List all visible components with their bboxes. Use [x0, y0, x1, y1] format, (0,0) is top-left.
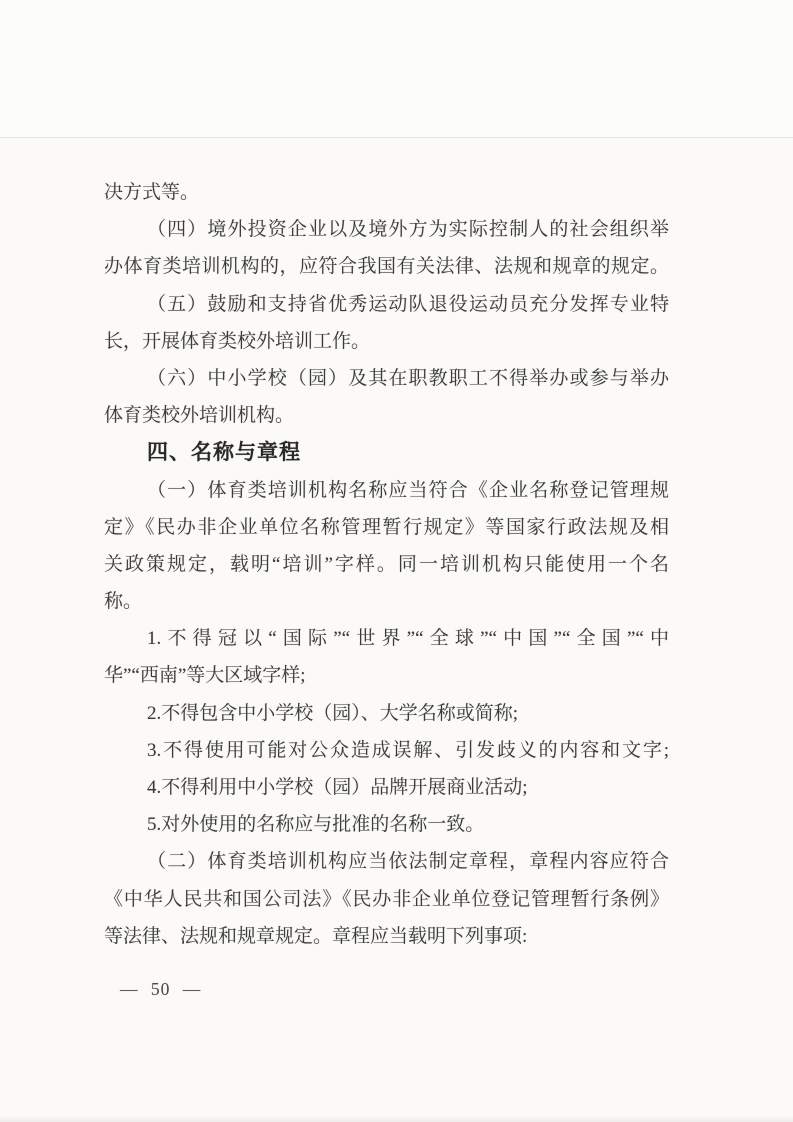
text-line: （五）鼓励和支持省优秀运动队退役运动员充分发挥专业特: [104, 286, 669, 323]
text-line: 1.不得冠以“国际”“世界”“全球”“中国”“全国”“中: [104, 620, 669, 657]
text-line: 华”“西南”等大区域字样;: [104, 657, 669, 694]
text-line: （二）体育类培训机构应当依法制定章程，章程内容应符合: [104, 843, 669, 880]
text-line: 2.不得包含中小学校（园）、大学名称或简称;: [104, 695, 669, 732]
text-line: 等法律、法规和规章规定。章程应当载明下列事项:: [104, 918, 669, 955]
scan-bottom-shade: [0, 1116, 793, 1122]
document-body: 决方式等。（四）境外投资企业以及境外方为实际控制人的社会组织举办体育类培训机构的…: [104, 174, 669, 955]
text-line: （六）中小学校（园）及其在职教职工不得举办或参与举办: [104, 360, 669, 397]
text-line: 《中华人民共和国公司法》《民办非企业单位登记管理暂行条例》: [104, 881, 669, 918]
page-number: — 50 —: [120, 979, 201, 1000]
text-line: 定》《民办非企业单位名称管理暂行规定》等国家行政法规及相: [104, 509, 669, 546]
section-heading: 四、名称与章程: [104, 434, 669, 471]
text-line: 决方式等。: [104, 174, 669, 211]
text-line: 称。: [104, 583, 669, 620]
scan-seam-artifact: [0, 137, 793, 138]
text-line: 关政策规定，载明“培训”字样。同一培训机构只能使用一个名: [104, 546, 669, 583]
text-line: 3.不得使用可能对公众造成误解、引发歧义的内容和文字;: [104, 732, 669, 769]
document-page: 决方式等。（四）境外投资企业以及境外方为实际控制人的社会组织举办体育类培训机构的…: [0, 0, 793, 1122]
text-line: （一）体育类培训机构名称应当符合《企业名称登记管理规: [104, 472, 669, 509]
text-line: （四）境外投资企业以及境外方为实际控制人的社会组织举: [104, 211, 669, 248]
text-line: 长，开展体育类校外培训工作。: [104, 323, 669, 360]
text-line: 5.对外使用的名称应与批准的名称一致。: [104, 806, 669, 843]
scan-top-strip: [0, 0, 793, 137]
text-line: 4.不得利用中小学校（园）品牌开展商业活动;: [104, 769, 669, 806]
text-line: 办体育类培训机构的，应符合我国有关法律、法规和规章的规定。: [104, 248, 669, 285]
text-line: 体育类校外培训机构。: [104, 397, 669, 434]
